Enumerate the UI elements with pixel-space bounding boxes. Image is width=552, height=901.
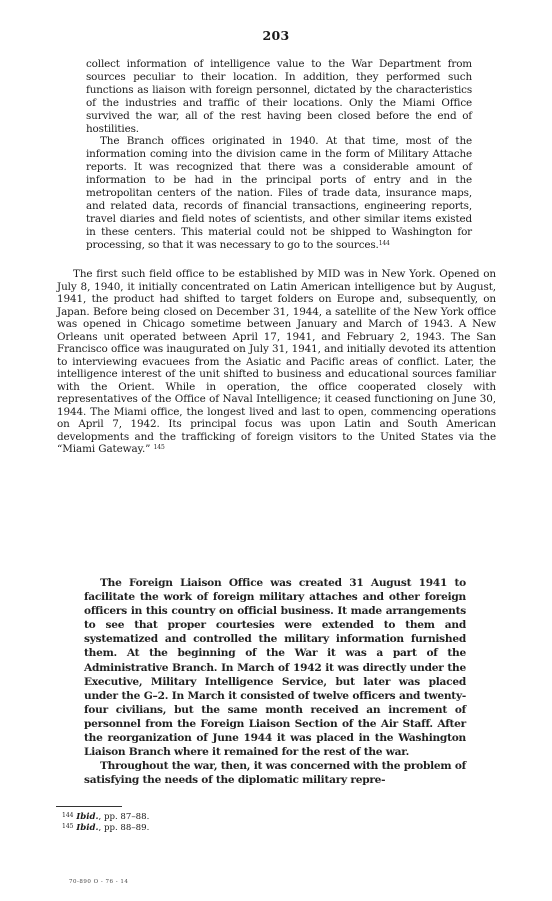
footnote-pages: , pp. 88–89. [98, 823, 149, 833]
paragraph: The Foreign Liaison Office was created 3… [84, 576, 466, 759]
footnote-reference[interactable]: 145 [154, 444, 165, 451]
footnote-source: Ibid. [76, 823, 98, 833]
footnote-divider [56, 806, 122, 807]
paragraph-text: collect information of intelligence valu… [86, 58, 472, 135]
paragraph: The Branch offices originated in 1940. A… [86, 135, 472, 251]
footnote-source: Ibid. [76, 812, 98, 822]
paragraph-text: The Branch offices originated in 1940. A… [86, 135, 472, 250]
printer-imprint: 70-890 O - 76 - 14 [69, 879, 128, 885]
page-number: 203 [0, 28, 552, 43]
footnote-number: 144 [62, 812, 73, 819]
paragraph: Throughout the war, then, it was concern… [84, 759, 466, 787]
indented-quote-block: collect information of intelligence valu… [86, 58, 472, 252]
paragraph-text: Throughout the war, then, it was concern… [84, 760, 466, 786]
paragraph: The first such field office to be establ… [57, 268, 496, 456]
paragraph-text: The first such field office to be establ… [57, 268, 496, 455]
footnote-reference[interactable]: 144 [379, 240, 390, 247]
footnote-pages: , pp. 87–88. [98, 812, 149, 822]
paragraph-text: The Foreign Liaison Office was created 3… [84, 577, 466, 758]
footnote-144: 144 Ibid., pp. 87–88. [62, 812, 149, 823]
foreign-liaison-block: The Foreign Liaison Office was created 3… [84, 576, 466, 787]
footnotes: 144 Ibid., pp. 87–88. 145 Ibid., pp. 88–… [62, 812, 149, 833]
footnote-number: 145 [62, 823, 73, 830]
paragraph: collect information of intelligence valu… [86, 58, 472, 135]
body-text-block: The first such field office to be establ… [57, 268, 496, 456]
footnote-145: 145 Ibid., pp. 88–89. [62, 823, 149, 834]
